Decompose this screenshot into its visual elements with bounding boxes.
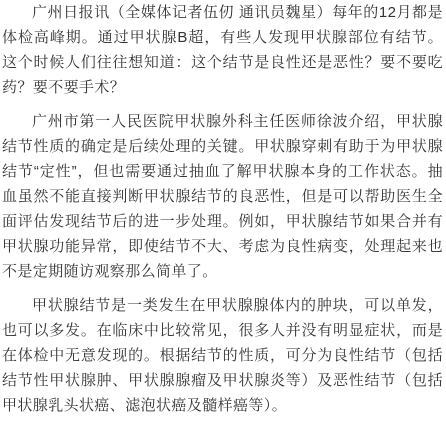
article-paragraph-lead: 广州日报讯（全媒体记者伍仞 通讯员魏星）每年的12月都是体检高峰期。通过甲状腺B…: [2, 0, 443, 100]
article-body: 广州日报讯（全媒体记者伍仞 通讯员魏星）每年的12月都是体检高峰期。通过甲状腺B…: [0, 0, 446, 418]
article-paragraph-expert-intro: 广州市第一人民医院甲状腺外科主任医师徐波介绍，甲状腺结节性质的确定是后续处理的关…: [2, 109, 443, 284]
article-paragraph-nodule-types: 甲状腺结节是一类发生在甲状腺腺体内的肿块，可以单发，也可以多发。在临床中比较常见…: [2, 293, 443, 418]
